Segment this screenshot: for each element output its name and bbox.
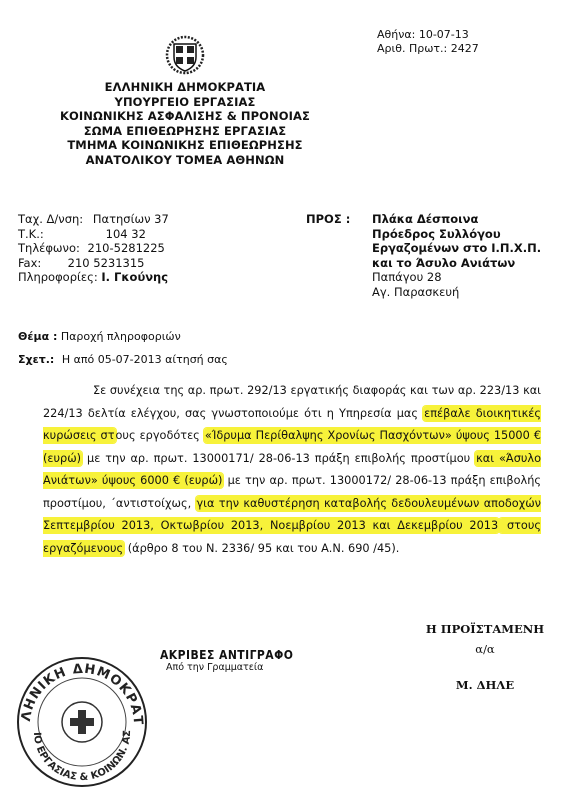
reference-value: Η από 05-07-2013 αίτησή σας: [62, 353, 228, 366]
postcode-value: 104 32: [106, 227, 146, 241]
recipient-role: Πρόεδρος Συλλόγου: [372, 227, 541, 242]
postcode-row: Τ.Κ.: 104 32: [18, 227, 169, 242]
recipient-org-cont: και το Άσυλο Ανιάτων: [372, 256, 541, 271]
info-row: Πληροφορίες: Ι. Γκούνης: [18, 270, 169, 285]
body-text-segment: (άρθρο 8 του Ν. 2336/ 95 και του Α.Ν. 69…: [124, 542, 399, 555]
address-label: Ταχ. Δ/νση:: [18, 212, 83, 227]
subject-block: Θέμα : Παροχή πληροφοριών Σχετ.: Η από 0…: [18, 325, 228, 371]
fax-value: 210 5231315: [68, 256, 145, 270]
phone-value: 210-5281225: [88, 241, 165, 255]
subject-label: Θέμα :: [18, 330, 57, 343]
recipient-name: Πλάκα Δέσποινα: [372, 212, 541, 227]
certified-copy-subtitle: Από την Γραμματεία: [166, 662, 308, 673]
signature-block: Η ΠΡΟΪΣΤΑΜΕΝΗ α/α Μ. ΔΗΛΕ: [405, 622, 565, 692]
recipient-street: Παπάγου 28: [372, 270, 541, 285]
header-line: ΥΠΟΥΡΓΕΙΟ ΕΡΓΑΣΙΑΣ: [0, 95, 370, 110]
issuing-authority-header: ΕΛΛΗΝΙΚΗ ΔΗΜΟΚΡΑΤΙΑ ΥΠΟΥΡΓΕΙΟ ΕΡΓΑΣΙΑΣ Κ…: [0, 80, 370, 167]
address-value: Πατησίων 37: [93, 212, 169, 226]
info-label: Πληροφορίες:: [18, 270, 98, 285]
phone-label: Τηλέφωνο:: [18, 241, 80, 256]
postcode-label: Τ.Κ.:: [18, 227, 102, 242]
subject-row: Θέμα : Παροχή πληροφοριών: [18, 325, 228, 348]
fax-label: Fax:: [18, 256, 64, 271]
official-seal-stamp-icon: ΕΛΛΗΝΙΚΗ ΔΗΜΟΚΡΑΤΙΑ ΥΠΟΥΡΓΕΙΟ ΕΡΓΑΣΙΑΣ &…: [12, 650, 152, 790]
header-line: ΑΝΑΤΟΛΙΚΟΥ ΤΟΜΕΑ ΑΘΗΝΩΝ: [0, 153, 370, 168]
protocol-number: Αριθ. Πρωτ.: 2427: [377, 42, 479, 56]
header-line: ΚΟΙΝΩΝΙΚΗΣ ΑΣΦΑΛΙΣΗΣ & ΠΡΟΝΟΙΑΣ: [0, 109, 370, 124]
signatory-name: Μ. ΔΗΛΕ: [405, 678, 565, 692]
reference-label: Σχετ.:: [18, 353, 54, 366]
header-line: ΣΩΜΑ ΕΠΙΘΕΩΡΗΣΗΣ ΕΡΓΑΣΙΑΣ: [0, 124, 370, 139]
phone-row: Τηλέφωνο: 210-5281225: [18, 241, 169, 256]
fax-row: Fax: 210 5231315: [18, 256, 169, 271]
signatory-title: Η ΠΡΟΪΣΤΑΜΕΝΗ: [405, 622, 565, 636]
recipient-details: Πλάκα Δέσποινα Πρόεδρος Συλλόγου Εργαζομ…: [372, 212, 541, 299]
sender-details: Ταχ. Δ/νση: Πατησίων 37 Τ.Κ.: 104 32 Τηλ…: [18, 212, 169, 285]
info-value: Ι. Γκούνης: [101, 270, 168, 284]
to-label: ΠΡΟΣ :: [306, 212, 350, 226]
header-line: ΕΛΛΗΝΙΚΗ ΔΗΜΟΚΡΑΤΙΑ: [0, 80, 370, 95]
body-text-segment: ους εργοδότες: [116, 429, 204, 442]
subject-value: Παροχή πληροφοριών: [61, 330, 181, 343]
header-line: ΤΜΗΜΑ ΚΟΙΝΩΝΙΚΗΣ ΕΠΙΘΕΩΡΗΣΗΣ: [0, 138, 370, 153]
letter-body: Σε συνέχεια της αρ. πρωτ. 292/13 εργατικ…: [43, 380, 541, 560]
address-row: Ταχ. Δ/νση: Πατησίων 37: [18, 212, 169, 227]
certified-copy-title: ΑΚΡΙΒΕΣ ΑΝΤΙΓΡΑΦΟ: [160, 648, 293, 662]
body-text-segment: με την αρ. πρωτ. 13000171/ 28-06-13 πράξ…: [82, 452, 475, 465]
reference-row: Σχετ.: Η από 05-07-2013 αίτησή σας: [18, 348, 228, 371]
date-line: Αθήνα: 10-07-13: [377, 28, 479, 42]
recipient-org: Εργαζομένων στο Ι.Π.Χ.Π.: [372, 241, 541, 256]
certified-copy-stamp: ΑΚΡΙΒΕΣ ΑΝΤΙΓΡΑΦΟ Από την Γραμματεία: [160, 648, 308, 673]
on-behalf-marker: α/α: [405, 642, 565, 656]
document-meta: Αθήνα: 10-07-13 Αριθ. Πρωτ.: 2427: [377, 28, 479, 56]
greek-coat-of-arms-icon: [165, 35, 205, 75]
recipient-city: Αγ. Παρασκευή: [372, 285, 541, 300]
